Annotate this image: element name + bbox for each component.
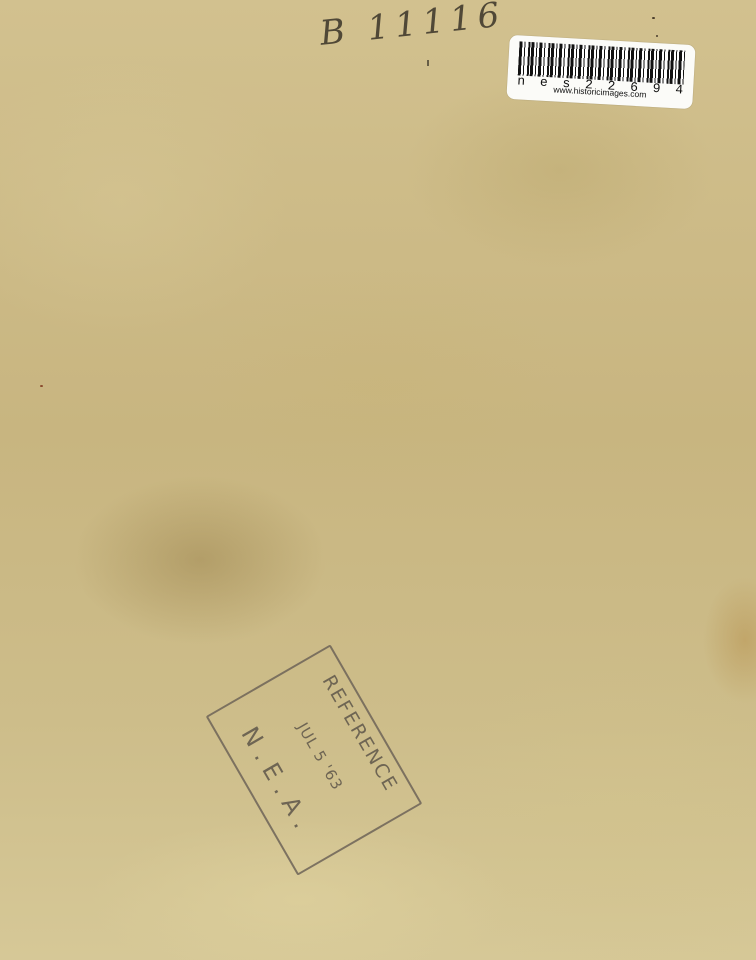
stamp-organization: N.E.A.: [221, 696, 335, 866]
paper-speck: [40, 385, 43, 387]
stamp-title: REFERENCE: [305, 650, 414, 817]
handwriting-mark: [427, 60, 429, 66]
handwritten-reference-number: B 11116: [318, 0, 507, 54]
photo-back-paper: B 11116 n e s 2 2 6 9 4 www.historicimag…: [0, 0, 756, 960]
paper-speck: [656, 35, 658, 37]
paper-speck: [652, 17, 655, 19]
barcode-label: n e s 2 2 6 9 4 www.historicimages.com: [506, 35, 695, 109]
reference-date-stamp: REFERENCE JUL 5 '63 N.E.A.: [206, 644, 423, 875]
